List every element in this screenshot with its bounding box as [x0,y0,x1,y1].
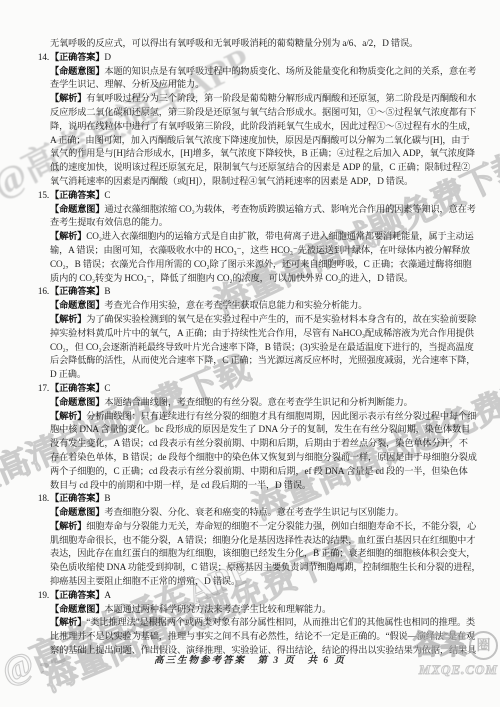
question-number: 16. [38,285,50,299]
line-text: 降，说明在线粒体中进行了有氧呼吸第三阶段，此阶段消耗氧气生成水，因此过程①～⑤过… [50,121,476,131]
mxqe-logo: 答案 圈 MXQE.COM [398,630,498,678]
answer-sheet-page: @高考直通车APP海量高清试题免费下载海量高清试题免费下载海量高清试题免费下载@… [0,0,500,707]
line-text: B [104,493,110,503]
text-line: 【命题意图】考查细胞分裂、分化、衰老和癌变的特点。意在考查学生识记与区别能力。 [50,506,464,520]
line-text: C [104,190,110,200]
text-line: 降，说明在线粒体中进行了有氧呼吸第三阶段，此阶段消耗氧气生成水，因此过程①～⑤过… [50,120,464,134]
logo-row: 答案 圈 [398,630,498,660]
text-line: 染色质收缩使 DNA 功能受到抑制，C 错误；原癌基因主要负责调节细胞周期，控制… [50,561,464,575]
section-tag: 【正确答案】 [50,590,104,600]
line-text: 本题结合曲线图，考查细胞的有丝分裂。意在考查学生识记和分析判断能力。 [104,397,412,407]
text-line: 两个子细胞的，C 正确；cd 段表示有丝分裂前期、中期和后期，ef 段 DNA … [50,465,464,479]
logo-circle-char: 圈 [477,635,491,655]
section-tag: 【解析】 [50,521,86,531]
question-number: 18. [38,492,50,506]
line-text: B [104,286,110,296]
line-text: 氧气的作用是与[H]结合形成水，[H]增多，氧气浓度下降较快，B 正确；④过程之… [50,148,475,158]
text-line: 质内的 CO₂转变为 HCO₃⁻，降低了细胞内 CO₂的浓度，可以加快外界 CO… [50,272,464,286]
question-number: 14. [38,51,50,65]
line-text: D [104,52,111,62]
text-line: 数目与 cd 段中的前期和中期一样，是 cd 段后期的一半，D 错误。 [50,479,464,493]
answer-number-line: 17.【正确答案】C [50,382,464,396]
text-line: 【命题意图】考查光合作用实验，意在考查学生获取信息能力和实验分析能力。 [50,299,464,313]
question-number: 19. [38,589,50,603]
answer-number-line: 14.【正确答案】D [50,51,464,65]
line-text: 考查细胞分裂、分化、衰老和癌变的特点。意在考查学生识记与区别能力。 [104,507,403,517]
line-text: 两个子细胞的，C 正确；cd 段表示有丝分裂前期、中期和后期，ef 段 DNA … [50,466,468,476]
section-tag: 【正确答案】 [50,286,104,296]
text-line: 低的速度加快，说明该过程还原氢充足，限制氧气与还原氢结合的因素是 ADP 的量，… [50,161,464,175]
text-line: 【命题意图】本题结合曲线图，考查细胞的有丝分裂。意在考查学生识记和分析判断能力。 [50,396,464,410]
text-line: 【命题意图】本题通过两种科学研究方法来考查学生比较和理解能力。 [50,603,464,617]
text-line: 【解析】为了确保实验检测到的氧气是在实验过程中产生的，而不是实验材料本身含有的，… [50,313,464,327]
text-line: CO₂，B 错误；衣藻光合作用所需的 CO₂除了图示来源外，还可来自细胞呼吸，C… [50,258,464,272]
line-text: 掉实验材料黄瓜叶片中的氧气，A 正确；由于持续性光合作用，尽管有 NaHCO₃配… [50,328,474,338]
text-line: 存在着染色单体，B 错误；de 段每个细胞中的染色体又恢复到与细胞分裂前一样，原… [50,451,464,465]
line-text: D 正确。 [50,369,86,379]
text-line: 【解析】分析曲线图：只有连续进行有丝分裂的细胞才具有细胞周期，因此图示表示有丝分… [50,410,464,424]
text-line: 无氧呼吸的反应式，可以得出有氧呼吸和无氧呼吸消耗的葡萄糖量分别为 a/6、a/2… [50,37,464,51]
line-text: C [104,383,110,393]
text-line: 【解析】CO₂进入衣藻细胞内的运输方式是自由扩散，带电荷离子进入细胞通常都要消耗… [50,230,464,244]
line-text: 查考生提取有效信息的能力。 [50,217,168,227]
answer-number-line: 18.【正确答案】B [50,492,464,506]
text-line: 【解析】有氧呼吸过程分为三个阶段，第一阶段是葡萄糖分解形成丙酮酸和还原氢，第二阶… [50,92,464,106]
line-text: 存在着染色单体，B 错误；de 段每个细胞中的染色体又恢复到与细胞分裂前一样，原… [50,452,477,462]
logo-text: 答案 [413,630,467,660]
line-text: CO₂进入衣藻细胞内的运输方式是自由扩散，带电荷离子进入细胞通常都要消耗能量，属… [86,231,473,241]
line-text: 氧气消耗速率的因素是丙酮酸（或[H]），限制过程④氧气消耗速率的因素是 ADP，… [50,176,413,186]
line-text: A 正确；由图可知，加入丙酮酸后氧气浓度下降速度加快，原因是丙酮酸可以分解为二氧… [50,135,470,145]
text-line: 查考生提取有效信息的能力。 [50,216,464,230]
line-text: 输，A 错误；由图可知，衣藻吸收水中的 HCO₃⁻，这些 HCO₃⁻先被运送到叶… [50,245,470,255]
text-line: 表达，因此存在血红蛋白的细胞为红细胞，该细胞已经发生分化，B 正确；衰老细胞的细… [50,547,464,561]
line-text: 数目与 cd 段中的前期和中期一样，是 cd 段后期的一半，D 错误。 [50,480,311,490]
text-line: CO₂，但 CO₂会逐渐消耗最终导致叶片光合速率下降，B 错误；(3)实验是在最… [50,341,464,355]
text-line: 后会降低酶的活性，从而使光合速率下降，C 正确；当光源远离反应杯时，光照强度减弱… [50,354,464,368]
section-tag: 【命题意图】 [50,66,104,76]
text-line: 输，A 错误；由图可知，衣藻吸收水中的 HCO₃⁻，这些 HCO₃⁻先被运送到叶… [50,244,464,258]
line-text: 本题的知识点是有氧呼吸过程中的物质变化、场所及能量变化和物质变化之间的关系，意在… [104,66,476,76]
line-text: 后会降低酶的活性，从而使光合速率下降，C 正确；当光源远离反应杯时，光照强度减弱… [50,355,475,365]
line-text: 通过衣藻细胞浓缩 CO₂为载体，考查物质跨膜运输方式、影响光合作用的因素等知识，… [104,204,475,214]
text-line: 掉实验材料黄瓜叶片中的氧气，A 正确；由于持续性光合作用，尽管有 NaHCO₃配… [50,327,464,341]
line-text: 低的速度加快，说明该过程还原氢充足，限制氧气与还原氢结合的因素是 ADP 的量，… [50,162,470,172]
text-line: D 正确。 [50,368,464,382]
question-number: 17. [38,382,50,396]
text-line: 【解析】细胞寿命与分裂能力无关，寿命短的细胞不一定分裂能力强，例如白细胞寿命不长… [50,520,464,534]
section-tag: 【正确答案】 [50,383,104,393]
line-text: 分析曲线图：只有连续进行有丝分裂的细胞才具有细胞周期，因此图示表示有丝分裂过程中… [86,411,476,421]
text-line: 【解析】“类比推理法”是根据两个或两类对象有部分属性相同，从而推出它们的其他属性… [50,616,464,630]
text-line: 氧气消耗速率的因素是丙酮酸（或[H]），限制过程④氧气消耗速率的因素是 ADP，… [50,175,464,189]
line-text: CO₂，B 错误；衣藻光合作用所需的 CO₂除了图示来源外，还可来自细胞呼吸，C… [50,259,472,269]
line-text: A [104,590,111,600]
section-tag: 【命题意图】 [50,397,104,407]
section-tag: 【正确答案】 [50,493,104,503]
text-line: 没有发生变化，A 错误；cd 段表示有丝分裂前期、中期和后期，后期由于着丝点分裂… [50,437,464,451]
line-text: 质内的 CO₂转变为 HCO₃⁻，降低了细胞内 CO₂的浓度，可以加快外界 CO… [50,273,413,283]
section-tag: 【解析】 [50,617,86,627]
line-text: CO₂，但 CO₂会逐渐消耗最终导致叶片光合速率下降，B 错误；(3)实验是在最… [50,342,474,352]
question-number: 15. [38,189,50,203]
section-tag: 【命题意图】 [50,204,104,214]
answer-number-line: 16.【正确答案】B [50,285,464,299]
line-text: 考查光合作用实验，意在考查学生获取信息能力和实验分析能力。 [104,300,367,310]
answer-number-line: 15.【正确答案】C [50,189,464,203]
section-tag: 【解析】 [50,93,86,103]
text-line: 胞中核 DNA 含量的变化。bc 段形成的原因是发生了 DNA 分子的复制，发生… [50,423,464,437]
section-tag: 【解析】 [50,231,86,241]
line-text: 没有发生变化，A 错误；cd 段表示有丝分裂前期、中期和后期，后期由于着丝点分裂… [50,438,468,448]
line-text: 本题通过两种科学研究方法来考查学生比较和理解能力。 [104,604,331,614]
line-text: 抑癌基因主要阻止细胞不正常的增殖，D 错误。 [50,576,240,586]
section-tag: 【解析】 [50,314,86,324]
section-tag: 【正确答案】 [50,52,104,62]
section-tag: 【命题意图】 [50,604,104,614]
text-line: 抑癌基因主要阻止细胞不正常的增殖，D 错误。 [50,575,464,589]
answer-content: 无氧呼吸的反应式，可以得出有氧呼吸和无氧呼吸消耗的葡萄糖量分别为 a/6、a/2… [50,37,464,658]
text-line: A 正确；由图可知，加入丙酮酸后氧气浓度下降速度加快，原因是丙酮酸可以分解为二氧… [50,134,464,148]
line-text: 查学生识记、理解、分析及应用能力。 [50,79,204,89]
line-text: 肌细胞寿命很长，也不能分裂，A 错误；细胞分化是基因选择性表达的结果，血红蛋白基… [50,535,475,545]
section-tag: 【正确答案】 [50,190,104,200]
text-line: 查学生识记、理解、分析及应用能力。 [50,78,464,92]
text-line: 肌细胞寿命很长，也不能分裂，A 错误；细胞分化是基因选择性表达的结果，血红蛋白基… [50,534,464,548]
line-text: 细胞寿命与分裂能力无关，寿命短的细胞不一定分裂能力强，例如白细胞寿命不长，不能分… [86,521,476,531]
line-text: 无氧呼吸的反应式，可以得出有氧呼吸和无氧呼吸消耗的葡萄糖量分别为 a/6、a/2… [50,38,418,48]
line-text: 表达，因此存在血红蛋白的细胞为红细胞，该细胞已经发生分化，B 正确；衰老细胞的细… [50,548,475,558]
section-tag: 【命题意图】 [50,300,104,310]
line-text: 反应形成二氧化碳和还原氢，第三阶段是还原氢与氧气结合形成水。据图可知，①～⑤过程… [50,107,476,117]
text-line: 反应形成二氧化碳和还原氢，第三阶段是还原氢与氧气结合形成水。据图可知，①～⑤过程… [50,106,464,120]
line-text: 有氧呼吸过程分为三个阶段，第一阶段是葡萄糖分解形成丙酮酸和还原氢，第二阶段是丙酮… [86,93,476,103]
text-line: 氧气的作用是与[H]结合形成水，[H]增多，氧气浓度下降较快，B 正确；④过程之… [50,147,464,161]
line-text: “类比推理法”是根据两个或两类对象有部分属性相同，从而推出它们的其他属性也相同的… [86,617,475,627]
answer-number-line: 19.【正确答案】A [50,589,464,603]
line-text: 染色质收缩使 DNA 功能受到抑制，C 错误；原癌基因主要负责调节细胞周期，控制… [50,562,481,572]
section-tag: 【命题意图】 [50,507,104,517]
text-line: 【命题意图】通过衣藻细胞浓缩 CO₂为载体，考查物质跨膜运输方式、影响光合作用的… [50,203,464,217]
logo-circle-icon: 圈 [469,631,498,660]
line-text: 胞中核 DNA 含量的变化。bc 段形成的原因是发生了 DNA 分子的复制，发生… [50,424,470,434]
section-tag: 【解析】 [50,411,86,421]
text-line: 【命题意图】本题的知识点是有氧呼吸过程中的物质变化、场所及能量变化和物质变化之间… [50,65,464,79]
line-text: 为了确保实验检测到的氧气是在实验过程中产生的，而不是实验材料本身含有的，故在实验… [86,314,476,324]
logo-domain: MXQE.COM [398,662,498,678]
